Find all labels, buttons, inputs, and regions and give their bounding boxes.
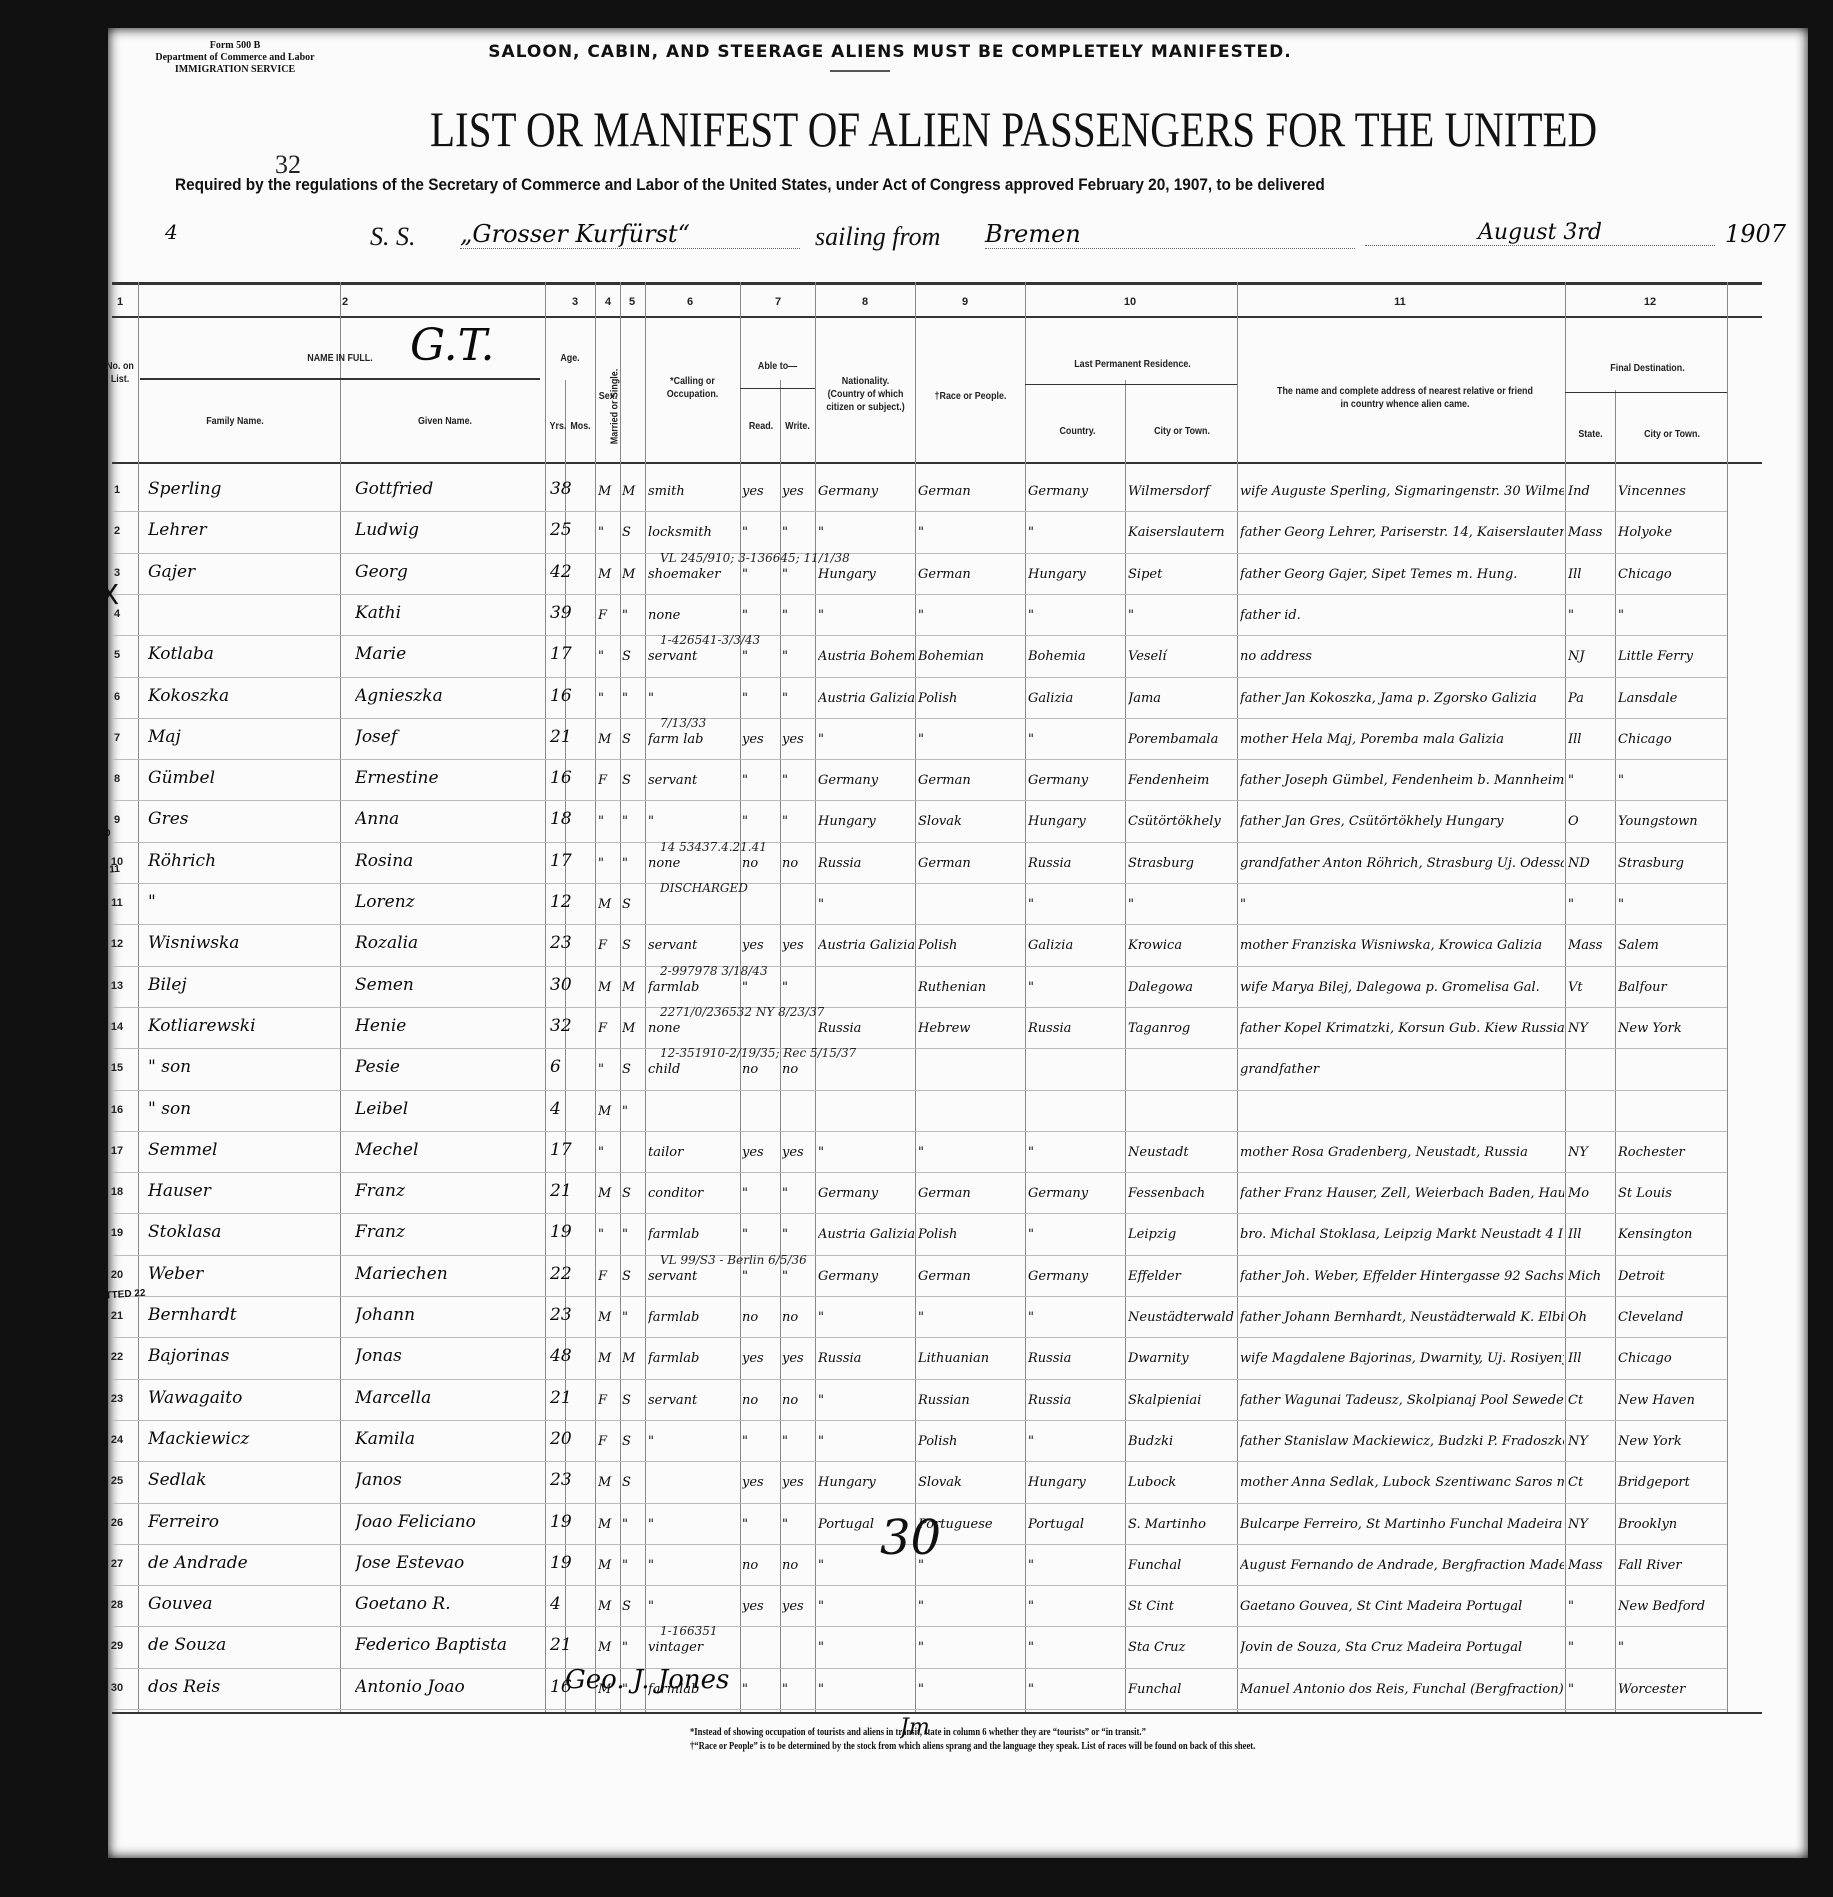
marital-status: S xyxy=(622,525,644,540)
can-read: " xyxy=(742,649,780,664)
relative-address: bro. Michal Stoklasa, Leipzig Markt Neus… xyxy=(1240,1227,1564,1242)
can-write: yes xyxy=(782,1599,815,1614)
row-divider xyxy=(112,1213,1727,1214)
header-relative: The name and complete address of nearest… xyxy=(1273,385,1537,411)
dest-state: Ind xyxy=(1568,484,1614,499)
can-read: " xyxy=(742,1434,780,1449)
dest-city: Vincennes xyxy=(1618,484,1726,499)
race: " xyxy=(918,608,1024,623)
residence-country: Galizia xyxy=(1028,691,1124,706)
dest-city: Chicago xyxy=(1618,567,1726,582)
sex: F xyxy=(598,1269,620,1284)
age: 22 xyxy=(550,1264,590,1284)
residence-city: Sta Cruz xyxy=(1128,1640,1236,1655)
marital-status: S xyxy=(622,897,644,912)
row-number: 7 xyxy=(102,732,132,744)
dest-state: " xyxy=(1568,608,1614,623)
given-name: Johann xyxy=(355,1305,540,1325)
residence-country: Portugal xyxy=(1028,1517,1124,1532)
x-mark: X xyxy=(80,968,99,1001)
sex: F xyxy=(598,1393,620,1408)
family-name: Sperling xyxy=(148,479,333,499)
can-write: no xyxy=(782,1558,815,1573)
relative-address: mother Franziska Wisniwska, Krowica Gali… xyxy=(1240,938,1564,953)
relative-address: father Kopel Krimatzki, Korsun Gub. Kiew… xyxy=(1240,1021,1564,1036)
row-number: 5 xyxy=(102,649,132,661)
dest-state: O xyxy=(1568,814,1614,829)
row-divider xyxy=(112,1007,1727,1008)
marital-status: M xyxy=(622,484,644,499)
age: 19 xyxy=(550,1512,590,1532)
sex: " xyxy=(598,649,620,664)
sex: M xyxy=(598,1186,620,1201)
row-number: 3 xyxy=(102,567,132,579)
marital-status: S xyxy=(622,938,644,953)
residence-country: " xyxy=(1028,1145,1124,1160)
residence-country: " xyxy=(1028,1682,1124,1697)
header-city: City or Town. xyxy=(1136,425,1228,438)
row-divider xyxy=(112,553,1727,554)
family-name: Gümbel xyxy=(148,768,333,788)
race: German xyxy=(918,1269,1024,1284)
can-write: yes xyxy=(782,484,815,499)
residence-city: Lubock xyxy=(1128,1475,1236,1490)
given-name: Marie xyxy=(355,644,540,664)
occupation: none xyxy=(648,856,740,871)
clerical-annotation: 2-997978 3/18/43 xyxy=(660,964,768,978)
given-name: Georg xyxy=(355,562,540,582)
family-name: " son xyxy=(148,1099,333,1119)
sex: M xyxy=(598,1310,620,1325)
family-name: Ferreiro xyxy=(148,1512,333,1532)
residence-country: Galizia xyxy=(1028,938,1124,953)
row-divider xyxy=(112,1048,1727,1049)
race: Polish xyxy=(918,938,1024,953)
occupation: farm lab xyxy=(648,732,740,747)
nationality: Austria Galizia xyxy=(818,938,914,953)
occupation: " xyxy=(648,1517,740,1532)
race: Lithuanian xyxy=(918,1351,1024,1366)
age: 20 xyxy=(550,1429,590,1449)
can-read: no xyxy=(742,1062,780,1077)
clerical-annotation: 14 53437.4.21.41 xyxy=(660,840,767,854)
can-read: yes xyxy=(742,1599,780,1614)
marital-status: " xyxy=(622,608,644,623)
age: 39 xyxy=(550,603,590,623)
dest-state: " xyxy=(1568,1599,1614,1614)
nationality: " xyxy=(818,525,914,540)
family-name: Kokoszka xyxy=(148,686,333,706)
row-number: 13 xyxy=(102,980,132,992)
nationality: " xyxy=(818,1599,914,1614)
given-name: Pesie xyxy=(355,1057,540,1077)
header-name-in-full: NAME IN FULL. xyxy=(264,352,417,365)
header-yrs: Yrs. xyxy=(550,420,567,433)
occupation: servant xyxy=(648,773,740,788)
sailing-from-label: sailing from xyxy=(815,222,940,252)
can-read: " xyxy=(742,608,780,623)
age: 21 xyxy=(550,1635,590,1655)
header-write: Write. xyxy=(783,420,813,433)
page-title: LIST OR MANIFEST OF ALIEN PASSENGERS FOR… xyxy=(430,100,1496,158)
dest-city: Cleveland xyxy=(1618,1310,1726,1325)
row-number: 2 xyxy=(102,525,132,537)
row-divider xyxy=(112,1131,1727,1132)
nationality: " xyxy=(818,608,914,623)
sex: F xyxy=(598,1434,620,1449)
race: " xyxy=(918,1682,1024,1697)
can-write: " xyxy=(782,1517,815,1532)
occupation: farmlab xyxy=(648,1351,740,1366)
relative-address: father id. xyxy=(1240,608,1564,623)
can-read: " xyxy=(742,814,780,829)
sex: M xyxy=(598,1640,620,1655)
residence-country: Germany xyxy=(1028,773,1124,788)
race: Slovak xyxy=(918,814,1024,829)
residence-country: Hungary xyxy=(1028,1475,1124,1490)
age: 32 xyxy=(550,1016,590,1036)
relative-address: mother Anna Sedlak, Lubock Szentiwanc Sa… xyxy=(1240,1475,1564,1490)
dest-city: Youngstown xyxy=(1618,814,1726,829)
residence-country: " xyxy=(1028,1640,1124,1655)
row-divider xyxy=(112,677,1727,678)
nationality: Austria Galizia xyxy=(818,1227,914,1242)
age: 17 xyxy=(550,644,590,664)
given-name: Gottfried xyxy=(355,479,540,499)
sex: M xyxy=(598,980,620,995)
residence-city: " xyxy=(1128,897,1236,912)
sex: " xyxy=(598,856,620,871)
x-mark: X xyxy=(80,1368,99,1401)
marital-status: M xyxy=(622,567,644,582)
can-write: no xyxy=(782,856,815,871)
occupation: vintager xyxy=(648,1640,740,1655)
nationality: " xyxy=(818,1640,914,1655)
clerical-annotation: VL 245/910; 3-136645; 11/1/38 xyxy=(660,551,850,565)
relative-address: Gaetano Gouvea, St Cint Madeira Portugal xyxy=(1240,1599,1564,1614)
family-name: Weber xyxy=(148,1264,333,1284)
header-occupation: *Calling or Occupation. xyxy=(656,375,728,401)
marital-status: S xyxy=(622,1475,644,1490)
can-read: " xyxy=(742,1227,780,1242)
row-number: 27 xyxy=(102,1558,132,1570)
family-name: de Andrade xyxy=(148,1553,333,1573)
residence-city: St Cint xyxy=(1128,1599,1236,1614)
marital-status: M xyxy=(622,980,644,995)
dest-state: " xyxy=(1568,1682,1614,1697)
residence-country: " xyxy=(1028,732,1124,747)
marital-status: " xyxy=(622,1104,644,1119)
given-name: Franz xyxy=(355,1222,540,1242)
can-read: yes xyxy=(742,1475,780,1490)
dest-city: Balfour xyxy=(1618,980,1726,995)
x-mark: X xyxy=(100,578,119,611)
family-name: Semmel xyxy=(148,1140,333,1160)
can-read: " xyxy=(742,1682,780,1697)
relative-address: grandfather Anton Röhrich, Strasburg Uj.… xyxy=(1240,856,1564,871)
marital-status: " xyxy=(622,691,644,706)
dest-city: Chicago xyxy=(1618,1351,1726,1366)
marital-status: S xyxy=(622,732,644,747)
can-write: " xyxy=(782,1434,815,1449)
can-read: yes xyxy=(742,484,780,499)
can-write: yes xyxy=(782,1475,815,1490)
header-race: †Race or People. xyxy=(926,390,1015,403)
can-write: " xyxy=(782,649,815,664)
age: 17 xyxy=(550,851,590,871)
can-write: " xyxy=(782,814,815,829)
given-name: Marcella xyxy=(355,1388,540,1408)
given-name: Ludwig xyxy=(355,520,540,540)
row-divider xyxy=(112,1255,1727,1256)
given-name: Rosina xyxy=(355,851,540,871)
relative-address: father Joseph Gümbel, Fendenheim b. Mann… xyxy=(1240,773,1564,788)
residence-city: " xyxy=(1128,608,1236,623)
residence-country: " xyxy=(1028,1558,1124,1573)
sex: M xyxy=(598,897,620,912)
residence-country: Russia xyxy=(1028,1021,1124,1036)
row-divider xyxy=(112,800,1727,801)
race: Polish xyxy=(918,1227,1024,1242)
age: 23 xyxy=(550,1470,590,1490)
race: Polish xyxy=(918,1434,1024,1449)
family-name: Maj xyxy=(148,727,333,747)
row-number: 30 xyxy=(102,1682,132,1694)
occupation: conditor xyxy=(648,1186,740,1201)
row-divider xyxy=(112,1461,1727,1462)
residence-city: Wilmersdorf xyxy=(1128,484,1236,499)
age: 19 xyxy=(550,1222,590,1242)
age: 23 xyxy=(550,1305,590,1325)
dest-city: Lansdale xyxy=(1618,691,1726,706)
given-name: Mechel xyxy=(355,1140,540,1160)
dest-state: Oh xyxy=(1568,1310,1614,1325)
given-name: Lorenz xyxy=(355,892,540,912)
sex: F xyxy=(598,608,620,623)
can-write: yes xyxy=(782,938,815,953)
header-bottom-rule xyxy=(112,462,1762,464)
can-write: " xyxy=(782,525,815,540)
can-write: no xyxy=(782,1310,815,1325)
row-divider xyxy=(112,594,1727,595)
can-read: " xyxy=(742,1269,780,1284)
relative-address: " xyxy=(1240,897,1564,912)
nationality: " xyxy=(818,1310,914,1325)
race: " xyxy=(918,1599,1024,1614)
row-number: 14 xyxy=(102,1021,132,1033)
residence-country: " xyxy=(1028,1310,1124,1325)
family-name: Gajer xyxy=(148,562,333,582)
family-name: de Souza xyxy=(148,1635,333,1655)
residence-city: Leipzig xyxy=(1128,1227,1236,1242)
dest-state: Ct xyxy=(1568,1393,1614,1408)
given-name: Ernestine xyxy=(355,768,540,788)
race: Polish xyxy=(918,691,1024,706)
footnote-race: †“Race or People” is to be determined by… xyxy=(690,1741,1255,1752)
dest-state: ND xyxy=(1568,856,1614,871)
can-read: no xyxy=(742,1310,780,1325)
given-name: Joao Feliciano xyxy=(355,1512,540,1532)
sex: M xyxy=(598,1475,620,1490)
age: 25 xyxy=(550,520,590,540)
family-name: " son xyxy=(148,1057,333,1077)
can-write: " xyxy=(782,1227,815,1242)
family-name: Sedlak xyxy=(148,1470,333,1490)
row-number: 16 xyxy=(102,1104,132,1116)
dest-state: Ill xyxy=(1568,732,1614,747)
row-number: 29 xyxy=(102,1640,132,1652)
occupation: locksmith xyxy=(648,525,740,540)
age: 42 xyxy=(550,562,590,582)
marital-status: " xyxy=(622,1517,644,1532)
sex: F xyxy=(598,773,620,788)
race: " xyxy=(918,1145,1024,1160)
dest-state: Mich xyxy=(1568,1269,1614,1284)
clerical-annotation: 1-166351 xyxy=(660,1624,718,1638)
family-name: Kotlaba xyxy=(148,644,333,664)
relative-address: father Georg Lehrer, Pariserstr. 14, Kai… xyxy=(1240,525,1564,540)
can-read: " xyxy=(742,567,780,582)
family-name: Stoklasa xyxy=(148,1222,333,1242)
residence-city: Krowica xyxy=(1128,938,1236,953)
col-number: 8 xyxy=(855,296,875,308)
can-write: " xyxy=(782,1269,815,1284)
header-family-name: Family Name. xyxy=(171,415,299,428)
family-name: Gres xyxy=(148,809,333,829)
dest-state: Mass xyxy=(1568,938,1614,953)
can-write: yes xyxy=(782,732,815,747)
nationality: " xyxy=(818,897,914,912)
dest-state: Mass xyxy=(1568,1558,1614,1573)
signature: Geo. J. Jones xyxy=(565,1665,729,1695)
dest-city: Fall River xyxy=(1618,1558,1726,1573)
given-name: Henie xyxy=(355,1016,540,1036)
service: IMMIGRATION SERVICE xyxy=(130,64,340,76)
residence-city: Neustädterwald xyxy=(1128,1310,1236,1325)
divider xyxy=(830,70,890,72)
can-read: no xyxy=(742,1558,780,1573)
marital-status: " xyxy=(622,1558,644,1573)
clerical-annotation: 1-426541-3/3/43 xyxy=(660,633,760,647)
can-read: " xyxy=(742,1517,780,1532)
occupation: " xyxy=(648,1599,740,1614)
occupation: servant xyxy=(648,649,740,664)
header-age: Age. xyxy=(553,352,587,365)
nationality: Russia xyxy=(818,1021,914,1036)
header-nationality: Nationality. (Country of which citizen o… xyxy=(825,375,906,414)
department: Department of Commerce and Labor xyxy=(130,52,340,64)
table-bottom-rule xyxy=(112,1712,1762,1714)
sex: " xyxy=(598,525,620,540)
dest-city: Brooklyn xyxy=(1618,1517,1726,1532)
can-write: yes xyxy=(782,1145,815,1160)
given-name: Goetano R. xyxy=(355,1594,540,1614)
occupation: child xyxy=(648,1062,740,1077)
residence-city: Fendenheim xyxy=(1128,773,1236,788)
row-divider xyxy=(112,1709,1727,1710)
manifest-notice: SALOON, CABIN, AND STEERAGE ALIENS MUST … xyxy=(340,42,1440,62)
relative-address: grandfather xyxy=(1240,1062,1564,1077)
row-number: 28 xyxy=(102,1599,132,1611)
given-name: Agnieszka xyxy=(355,686,540,706)
residence-city: Sipet xyxy=(1128,567,1236,582)
occupation: none xyxy=(648,608,740,623)
can-write: " xyxy=(782,980,815,995)
residence-city: Neustadt xyxy=(1128,1145,1236,1160)
age: 18 xyxy=(550,809,590,829)
dest-state: Pa xyxy=(1568,691,1614,706)
can-write: " xyxy=(782,1186,815,1201)
residence-city: Dwarnity xyxy=(1128,1351,1236,1366)
dest-city: " xyxy=(1618,1640,1726,1655)
x-mark: X xyxy=(82,1048,101,1081)
can-read: " xyxy=(742,691,780,706)
sex: " xyxy=(598,814,620,829)
can-write: " xyxy=(782,773,815,788)
age: 4 xyxy=(550,1099,590,1119)
race: Russian xyxy=(918,1393,1024,1408)
residence-city: Veselí xyxy=(1128,649,1236,664)
nationality: Austria Bohemia xyxy=(818,649,914,664)
can-read: " xyxy=(742,980,780,995)
residence-country: Russia xyxy=(1028,1393,1124,1408)
row-divider xyxy=(112,1379,1727,1380)
can-read: yes xyxy=(742,938,780,953)
race: German xyxy=(918,484,1024,499)
occupation: tailor xyxy=(648,1145,740,1160)
family-name: Bajorinas xyxy=(148,1346,333,1366)
family-name: Bernhardt xyxy=(148,1305,333,1325)
row-number: 8 xyxy=(102,773,132,785)
row-divider xyxy=(112,1296,1727,1297)
given-name: Antonio Joao xyxy=(355,1677,540,1697)
row-divider xyxy=(112,842,1727,843)
given-name: Leibel xyxy=(355,1099,540,1119)
can-read: no xyxy=(742,1393,780,1408)
age: 48 xyxy=(550,1346,590,1366)
given-name: Janos xyxy=(355,1470,540,1490)
can-write: " xyxy=(782,608,815,623)
relative-address: mother Hela Maj, Poremba mala Galizia xyxy=(1240,732,1564,747)
relative-address: Bulcarpe Ferreiro, St Martinho Funchal M… xyxy=(1240,1517,1564,1532)
can-write: no xyxy=(782,1393,815,1408)
row-divider xyxy=(112,1585,1727,1586)
regulation-text: Required by the regulations of the Secre… xyxy=(175,176,1325,195)
col-number: 7 xyxy=(768,296,788,308)
given-name: Josef xyxy=(355,727,540,747)
col-number: 1 xyxy=(105,296,135,308)
residence-city: Effelder xyxy=(1128,1269,1236,1284)
occupation: farmlab xyxy=(648,1227,740,1242)
marital-status: " xyxy=(622,856,644,871)
relative-address: Jovin de Souza, Sta Cruz Madeira Portuga… xyxy=(1240,1640,1564,1655)
header-given-name: Given Name. xyxy=(381,415,509,428)
dest-city: New Bedford xyxy=(1618,1599,1726,1614)
nationality: Germany xyxy=(818,484,914,499)
can-read: yes xyxy=(742,732,780,747)
can-read: yes xyxy=(742,1351,780,1366)
dest-state: NY xyxy=(1568,1434,1614,1449)
residence-country: Hungary xyxy=(1028,567,1124,582)
age: 30 xyxy=(550,975,590,995)
residence-country: Germany xyxy=(1028,1186,1124,1201)
marital-status: S xyxy=(622,1599,644,1614)
relative-address: father Joh. Weber, Effelder Hintergasse … xyxy=(1240,1269,1564,1284)
row-number: 12 xyxy=(102,938,132,950)
nationality: " xyxy=(818,1682,914,1697)
given-name: Semen xyxy=(355,975,540,995)
clerical-annotation: 12-351910-2/19/35; Rec 5/15/37 xyxy=(660,1046,856,1060)
